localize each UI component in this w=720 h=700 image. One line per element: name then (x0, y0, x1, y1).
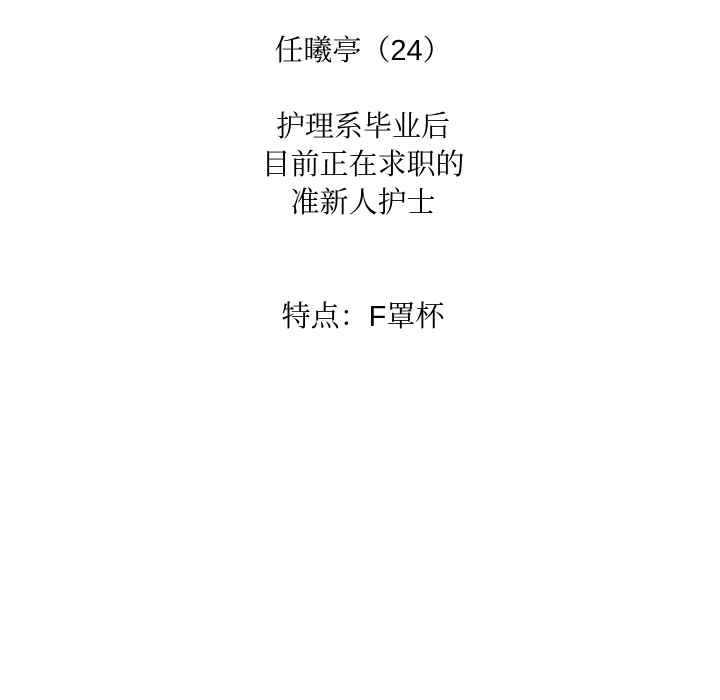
character-feature: 特点：F罩杯 (6, 298, 720, 336)
character-description: 护理系毕业后 目前正在求职的 准新人护士 (6, 108, 720, 222)
character-description-line: 目前正在求职的 (6, 146, 720, 184)
character-description-line: 护理系毕业后 (6, 108, 720, 146)
character-description-line: 准新人护士 (6, 184, 720, 222)
character-intro-card: 任曦亭（24） 护理系毕业后 目前正在求职的 准新人护士 特点：F罩杯 (0, 32, 720, 336)
character-name-age: 任曦亭（24） (6, 32, 720, 70)
